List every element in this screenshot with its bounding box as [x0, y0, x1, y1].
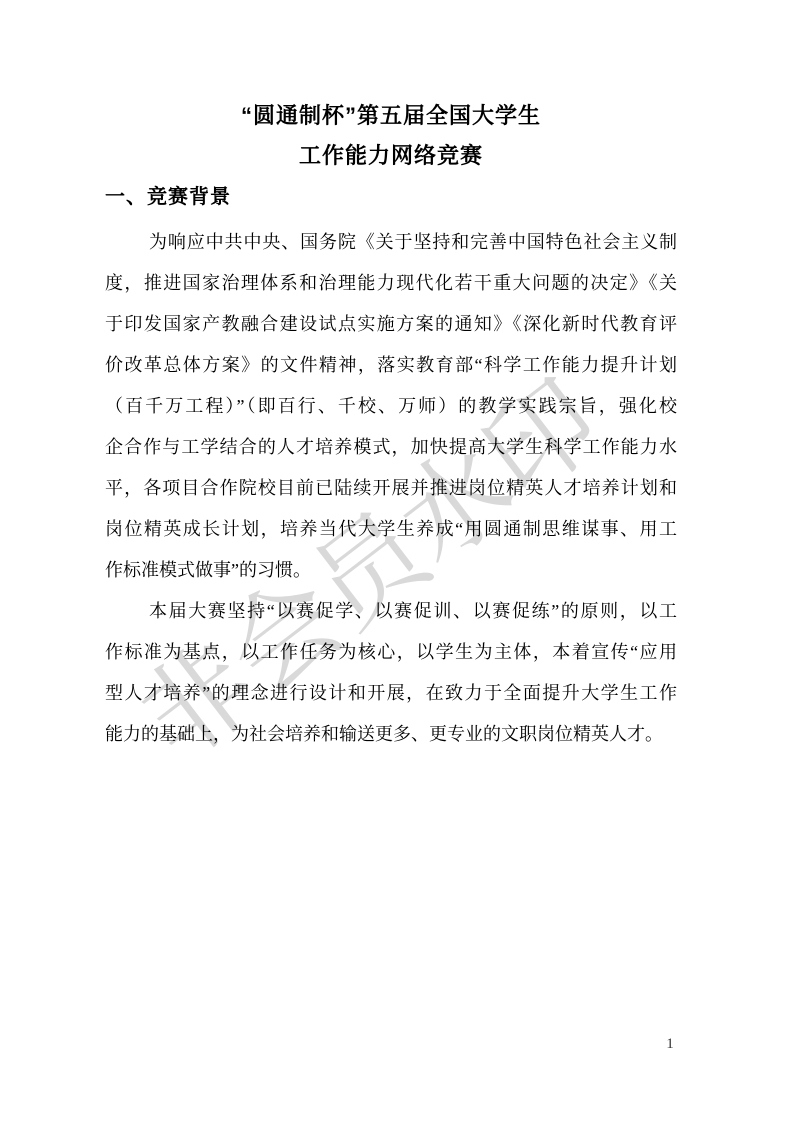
section-heading: 一、竞赛背景	[105, 182, 677, 212]
text-line: 本届大赛坚持“以赛促学、以赛促训、以赛促练”的原则，以工	[105, 591, 677, 632]
text-line: 平，各项目合作院校目前已陆续开展并推进岗位精英人才培养计划和	[105, 468, 677, 509]
document-content: “圆通制杯”第五届全国大学生 工作能力网络竞赛 一、竞赛背景 为响应中共中央、国…	[105, 96, 677, 755]
text-line: 能力的基础上，为社会培养和输送更多、更专业的文职岗位精英人才。	[105, 714, 677, 755]
document-title-line1: “圆通制杯”第五届全国大学生	[105, 96, 677, 136]
text-line: （百千万工程）”（即百行、千校、万师）的教学实践宗旨，强化校	[105, 386, 677, 427]
text-line: 于印发国家产教融合建设试点实施方案的通知》《深化新时代教育评	[105, 304, 677, 345]
paragraph-1: 为响应中共中央、国务院《关于坚持和完善中国特色社会主义制度，推进国家治理体系和治…	[105, 222, 677, 591]
paragraph-2: 本届大赛坚持“以赛促学、以赛促训、以赛促练”的原则，以工作标准为基点，以工作任务…	[105, 591, 677, 755]
text-line: 作标准为基点，以工作任务为核心，以学生为主体，本着宣传“应用	[105, 632, 677, 673]
page-number: 1	[660, 1036, 680, 1053]
text-line: 作标准模式做事”的习惯。	[105, 550, 677, 591]
text-line: 型人才培养”的理念进行设计和开展，在致力于全面提升大学生工作	[105, 673, 677, 714]
text-line: 企合作与工学结合的人才培养模式，加快提高大学生科学工作能力水	[105, 427, 677, 468]
document-title-line2: 工作能力网络竞赛	[105, 136, 677, 176]
text-line: 价改革总体方案》的文件精神，落实教育部“科学工作能力提升计划	[105, 345, 677, 386]
text-line: 度，推进国家治理体系和治理能力现代化若干重大问题的决定》《关	[105, 263, 677, 304]
text-line: 为响应中共中央、国务院《关于坚持和完善中国特色社会主义制	[105, 222, 677, 263]
document-page: 非会员水印 “圆通制杯”第五届全国大学生 工作能力网络竞赛 一、竞赛背景 为响应…	[0, 0, 793, 1122]
text-line: 岗位精英成长计划，培养当代大学生养成“用圆通制思维谋事、用工	[105, 509, 677, 550]
